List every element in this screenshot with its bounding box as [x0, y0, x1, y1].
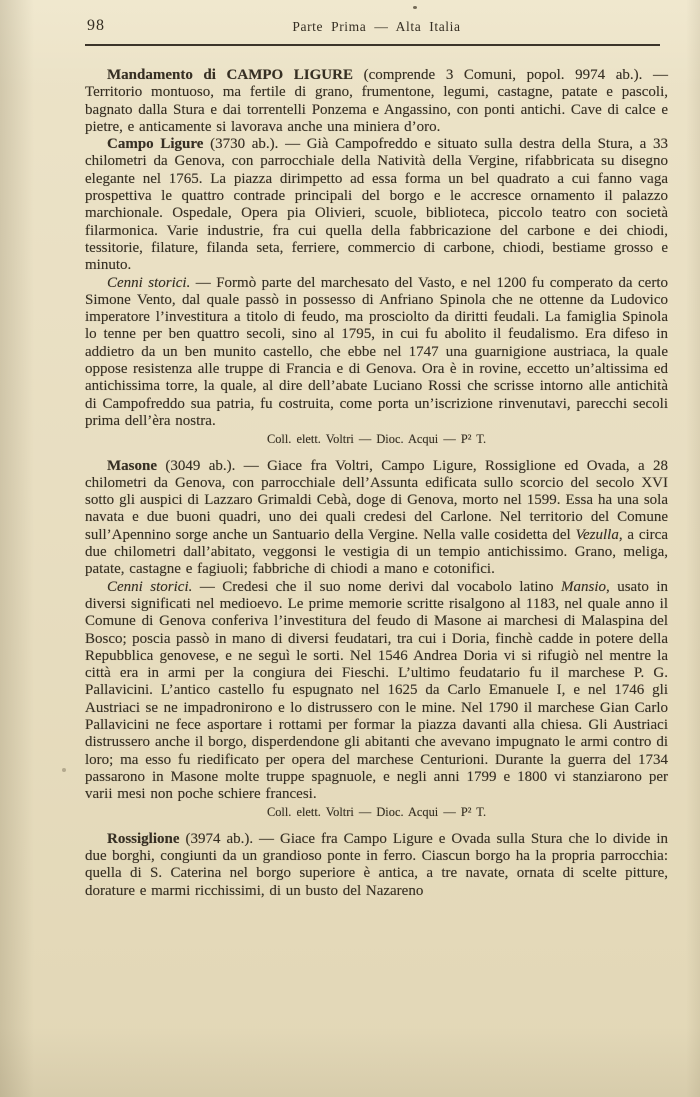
entry-heading-campo-ligure: Campo Ligure	[107, 136, 203, 152]
paper-speck	[413, 6, 417, 9]
electoral-district-note-masone: Coll. elett. Voltri — Dioc. Acqui — P² T…	[85, 804, 668, 821]
entry-text: — Credesi che il suo nome derivi dal voc…	[192, 579, 561, 595]
cenni-storici-label: Cenni storici.	[107, 275, 190, 291]
entry-mandamento-campo-ligure: Mandamento di CAMPO LIGURE (comprende 3 …	[85, 67, 668, 136]
page-body: Mandamento di CAMPO LIGURE (comprende 3 …	[85, 67, 668, 900]
page-number: 98	[87, 17, 105, 35]
electoral-district-note-campo-ligure: Coll. elett. Voltri — Dioc. Acqui — P² T…	[85, 431, 668, 448]
entry-text: (3730 ab.). — Già Campofreddo e situato …	[85, 136, 668, 273]
entry-heading-rossiglione: Rossiglione	[107, 831, 180, 847]
entry-masone: Masone (3049 ab.). — Giace fra Voltri, C…	[85, 458, 668, 579]
latin-word-italic: Mansio	[561, 579, 606, 595]
entry-rossiglione: Rossiglione (3974 ab.). — Giace fra Camp…	[85, 831, 668, 900]
entry-cenni-storici-campo-ligure: Cenni storici. — Formò parte del marches…	[85, 275, 668, 431]
entry-text: , usato in diversi significati nel medio…	[85, 579, 668, 803]
entry-heading-mandamento: Mandamento di CAMPO LIGURE	[107, 67, 353, 83]
page-content: 98 Parte Prima — Alta Italia Mandamento …	[85, 16, 668, 900]
running-title: Parte Prima — Alta Italia	[85, 16, 668, 35]
page-header: 98 Parte Prima — Alta Italia	[85, 16, 668, 36]
header-rule	[85, 44, 660, 46]
scanned-book-page: 98 Parte Prima — Alta Italia Mandamento …	[0, 0, 700, 1097]
entry-campo-ligure: Campo Ligure (3730 ab.). — Già Campofred…	[85, 136, 668, 274]
entry-cenni-storici-masone: Cenni storici. — Credesi che il suo nome…	[85, 579, 668, 804]
entry-text: — Formò parte del marchesato del Vasto, …	[85, 275, 668, 429]
entry-heading-masone: Masone	[107, 458, 157, 474]
cenni-storici-label: Cenni storici.	[107, 579, 192, 595]
place-name-italic: Vezulla	[576, 527, 619, 543]
paper-speck	[62, 768, 66, 772]
